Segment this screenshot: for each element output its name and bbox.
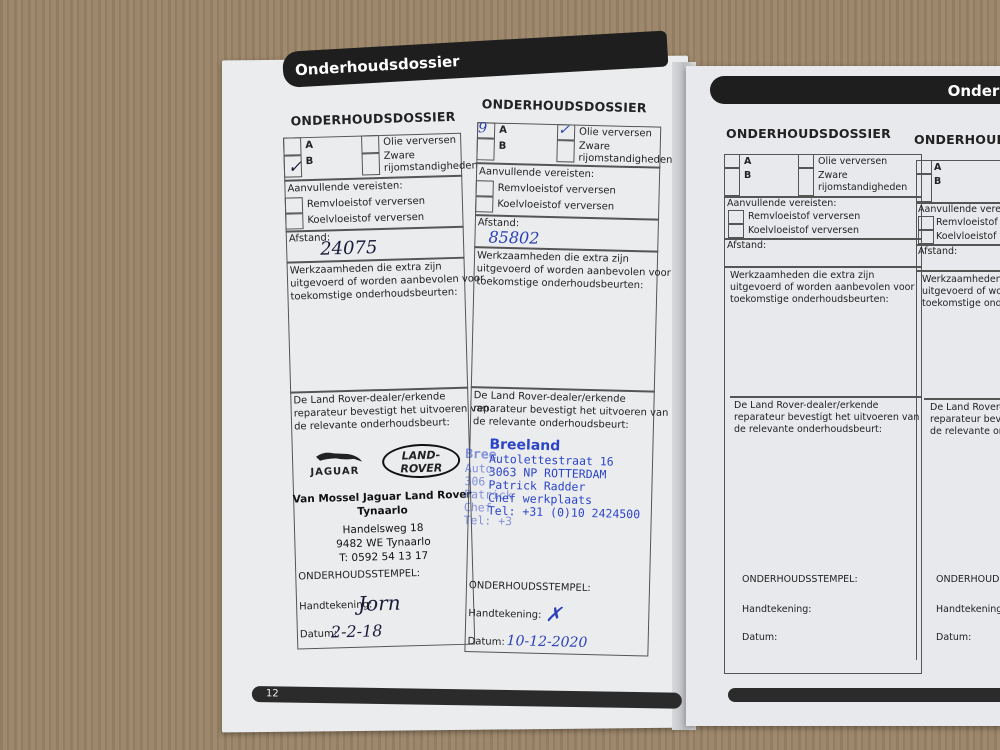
label-oil: Olie verversen	[818, 156, 887, 167]
label-stamp: ONDERHOUDSSTEMPEL:	[936, 574, 1000, 585]
label-service-a: A	[934, 162, 941, 173]
label-extra-2: uitgevoerd of worden aanbevolen voor	[730, 282, 914, 293]
date-value: 10-12-2020	[506, 633, 587, 651]
form-title: ONDERHOUDSDOSSIER	[726, 126, 891, 141]
section-header-right: Onderh	[710, 76, 1000, 104]
date-value: 2-2-18	[331, 621, 383, 641]
oil-mark: ✓	[558, 122, 570, 138]
label-brake: Remvloeistof verversen	[748, 211, 860, 222]
label-dealer-2: reparateur bevestigt het uitvoeren van	[930, 414, 1000, 425]
label-extra-2: uitgevoerd of worden aanbevolen voor	[922, 286, 1000, 297]
label-brake: Remvloeistof verversen	[936, 217, 1000, 228]
checkbox-heavy[interactable]	[556, 140, 575, 162]
label-signature: Handtekening:	[468, 608, 541, 621]
checkbox-oil[interactable]	[361, 135, 379, 153]
label-distance: Afstand:	[918, 246, 957, 257]
label-dealer-1: De Land Rover-dealer/erkende	[930, 402, 1000, 413]
label-extra-3: toekomstige onderhoudsbeurten:	[730, 294, 889, 305]
checkbox-brake[interactable]	[285, 197, 303, 213]
checkbox-a[interactable]	[724, 154, 740, 168]
label-extra-3: toekomstige onderhoudsbeurten:	[922, 298, 1000, 309]
checkbox-heavy[interactable]	[798, 168, 814, 196]
checkbox-oil[interactable]	[798, 154, 814, 168]
label-distance: Afstand:	[727, 240, 766, 251]
checkbox-brake[interactable]	[728, 210, 744, 224]
service-mark: 9	[478, 120, 487, 136]
divider	[924, 398, 1000, 400]
distance-value: 85802	[488, 227, 539, 247]
checkbox-b[interactable]	[476, 138, 495, 160]
label-signature: Handtekening:	[742, 604, 812, 615]
checkbox-a[interactable]	[283, 137, 301, 155]
label-date: Datum:	[742, 632, 777, 643]
label-service-b: B	[934, 176, 941, 187]
label-dealer-3: de relevante onderhoudsbeurt:	[734, 424, 882, 435]
form-title: ONDERHOUDSDOSSIER	[290, 109, 455, 129]
checkbox-coolant[interactable]	[475, 196, 493, 212]
label-signature: Handtekening:	[936, 604, 1000, 615]
maintenance-record-4: ONDERHOUDSDOSSIER A B Aanvullende vereis…	[912, 130, 1000, 660]
label-heavy-2: rijomstandigheden	[818, 182, 907, 193]
divider	[916, 270, 1000, 272]
maintenance-record-3: ONDERHOUDSDOSSIER A B Olie verversen Zwa…	[724, 126, 924, 656]
check-mark: ✓	[288, 157, 303, 177]
label-additional: Aanvullende vereisten:	[727, 198, 836, 209]
label-service-a: A	[744, 156, 751, 167]
label-date: Datum:	[936, 632, 971, 643]
label-service-b: B	[499, 141, 507, 152]
label-dealer-1: De Land Rover-dealer/erkende	[734, 400, 879, 411]
checkbox-coolant[interactable]	[918, 230, 934, 244]
label-extra-1: Werkzaamheden die extra zijn	[922, 274, 1000, 285]
checkbox-coolant[interactable]	[728, 224, 744, 238]
checkbox-coolant[interactable]	[285, 213, 303, 229]
label-heavy-2: rijomstandigheden	[578, 153, 672, 166]
label-coolant: Koelvloeistof verversen	[748, 225, 859, 236]
checkbox-heavy[interactable]	[362, 153, 381, 175]
label-service-a: A	[305, 140, 313, 151]
footer-bar-right	[728, 688, 1000, 702]
label-service-a: A	[499, 125, 507, 136]
section-header-text: Onderhoudsdossier	[295, 52, 460, 79]
maintenance-record-2: ONDERHOUDSDOSSIER 9 A B ✓ Olie verversen…	[456, 94, 670, 659]
label-oil: Olie verversen	[383, 135, 456, 148]
page-number: 12	[266, 688, 279, 699]
checkbox-a[interactable]	[916, 160, 932, 174]
checkbox-brake[interactable]	[476, 180, 494, 196]
signature-value: Jorn	[358, 591, 401, 616]
label-date: Datum:	[467, 636, 504, 648]
divider	[730, 396, 922, 398]
checkbox-brake[interactable]	[918, 216, 934, 230]
label-heavy-2: rijomstandigheden	[384, 160, 478, 174]
label-heavy-1: Zware	[579, 141, 610, 153]
label-service-b: B	[744, 170, 751, 181]
label-oil: Olie verversen	[579, 127, 652, 140]
label-coolant: Koelvloeistof verversen	[936, 231, 1000, 242]
distance-value: 24075	[320, 237, 378, 260]
signature-value: ✗	[545, 602, 562, 626]
label-service-b: B	[306, 156, 314, 167]
checkbox-b[interactable]	[724, 168, 740, 196]
divider	[724, 266, 922, 268]
jaguar-logo-icon	[314, 448, 364, 465]
label-dealer-2: reparateur bevestigt het uitvoeren van	[734, 412, 919, 423]
section-header-text-right: Onderh	[948, 82, 1000, 100]
label-heavy-1: Zware	[818, 170, 848, 181]
label-additional: Aanvullende vereisten:	[918, 204, 1000, 215]
checkbox-b[interactable]	[916, 174, 932, 202]
label-stamp: ONDERHOUDSSTEMPEL:	[742, 574, 858, 585]
label-dealer-3: de relevante onderhoudsbeurt:	[930, 426, 1000, 437]
maintenance-record-1: ONDERHOUDSDOSSIER A B ✓ Olie verversen Z…	[272, 95, 477, 650]
form-title: ONDERHOUDSDOSSIER	[482, 96, 647, 115]
jaguar-wordmark: JAGUAR	[310, 466, 359, 478]
label-heavy-1: Zware	[383, 150, 414, 162]
label-extra-1: Werkzaamheden die extra zijn	[730, 270, 874, 281]
form-title: ONDERHOUDSDOSSIER	[914, 132, 1000, 147]
